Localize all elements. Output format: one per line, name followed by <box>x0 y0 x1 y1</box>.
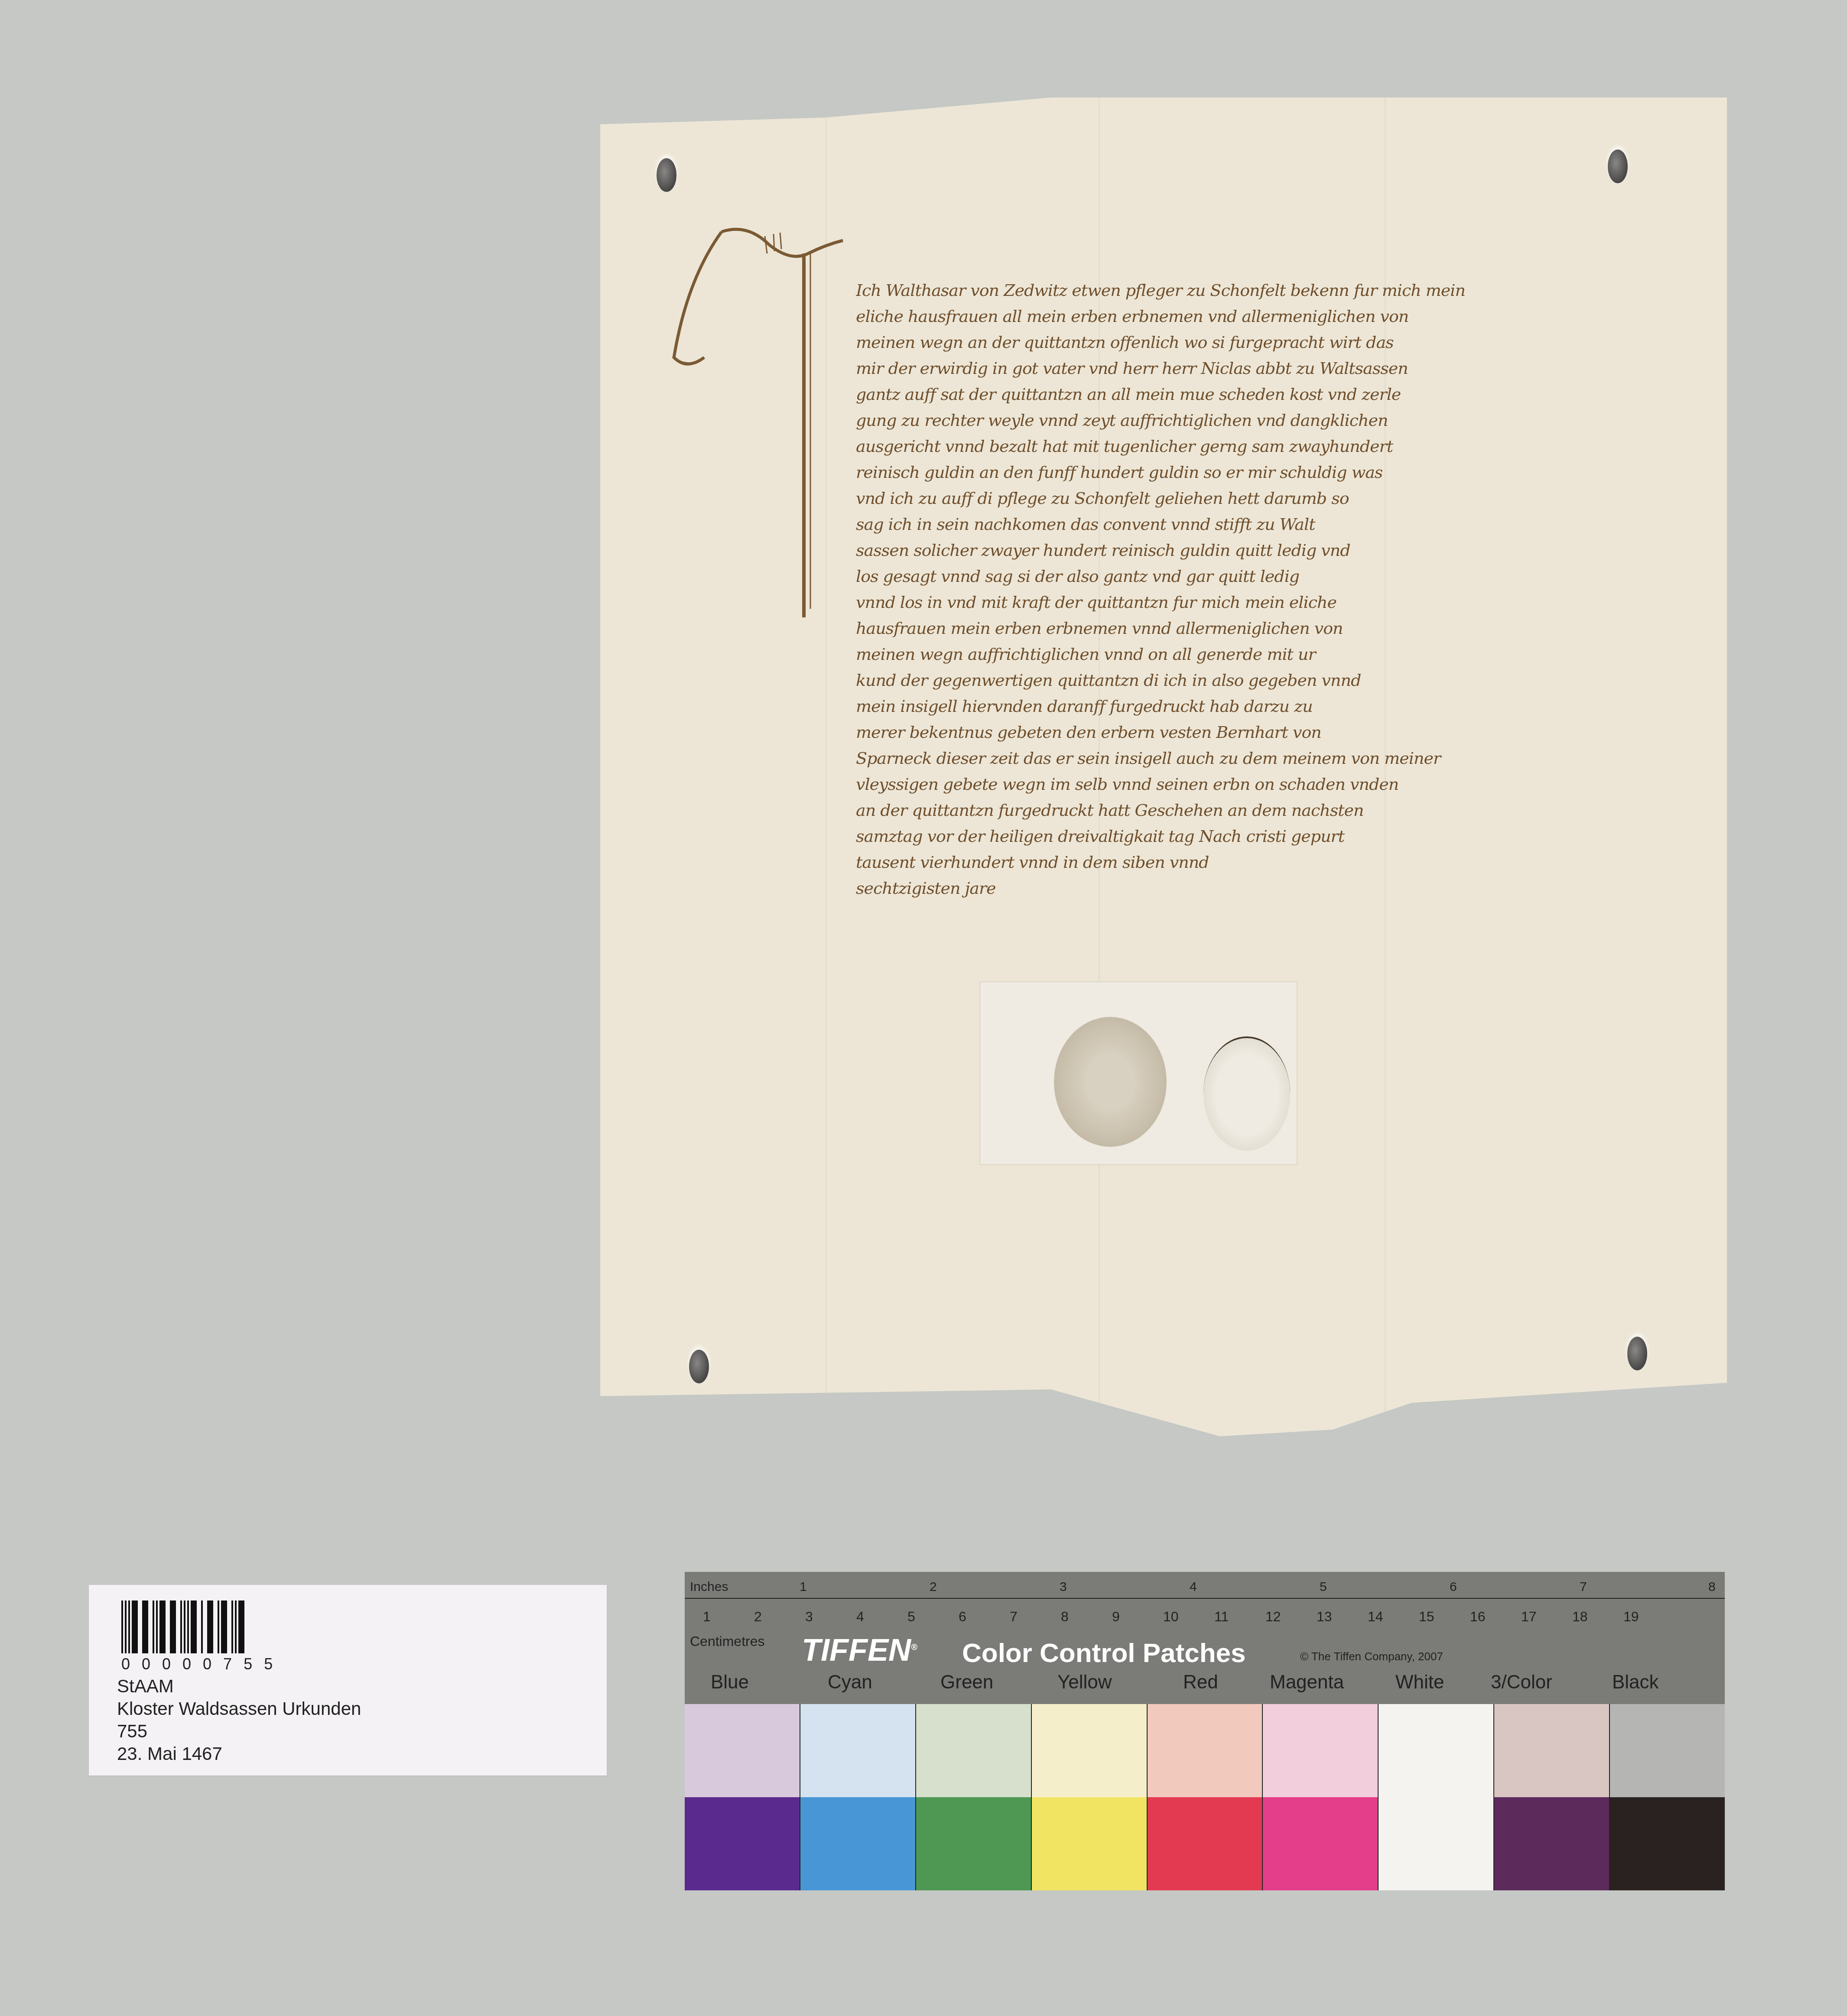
patch-label: Yellow <box>1057 1672 1112 1693</box>
registered-mark: ® <box>911 1643 917 1652</box>
text-line: gung zu rechter weyle vnnd zeyt auffrich… <box>856 407 1558 433</box>
patch-magenta <box>1263 1704 1379 1890</box>
chart-title: Color Control Patches <box>962 1638 1246 1669</box>
cm-tick: 12 <box>1265 1609 1281 1625</box>
text-line: hausfrauen mein erben erbnemen vnnd alle… <box>856 615 1558 641</box>
seal-strip <box>979 981 1297 1165</box>
punch-hole-top-left <box>657 158 676 192</box>
brand-name: TIFFEN <box>802 1633 911 1668</box>
seal-right-icon <box>1203 1036 1290 1151</box>
text-line: gantz auff sat der quittantzn an all mei… <box>856 381 1558 407</box>
text-line: samztag vor der heiligen dreivaltigkait … <box>856 823 1558 849</box>
archive-label-card: 00000755 StAAM Kloster Waldsassen Urkund… <box>89 1585 607 1776</box>
cm-tick: 19 <box>1623 1609 1639 1625</box>
text-line: los gesagt vnnd sag si der also gantz vn… <box>856 563 1558 589</box>
text-line: meinen wegn auffrichtiglichen vnnd on al… <box>856 641 1558 667</box>
patch-cyan <box>800 1704 916 1890</box>
label-institution: StAAM <box>117 1676 174 1697</box>
copyright: © The Tiffen Company, 2007 <box>1300 1650 1443 1663</box>
text-line: sechtzigisten jare <box>856 875 1558 901</box>
patch-label: Black <box>1612 1672 1659 1693</box>
cm-tick: 5 <box>907 1609 915 1625</box>
text-line: sag ich in sein nachkomen das convent vn… <box>856 511 1558 537</box>
cm-tick: 13 <box>1317 1609 1332 1625</box>
cm-tick: 17 <box>1521 1609 1537 1625</box>
text-line: mein insigell hiervnden daranff furgedru… <box>856 693 1558 719</box>
patch-label: Green <box>940 1672 993 1693</box>
ruler: Inches 1 2 3 4 5 6 7 8 1 2 3 4 5 6 7 8 9… <box>685 1572 1725 1704</box>
punch-hole-bottom-right <box>1627 1337 1647 1370</box>
cm-tick: 10 <box>1163 1609 1179 1625</box>
cm-tick: 3 <box>805 1609 813 1625</box>
text-line: an der quittantzn furgedruckt hatt Gesch… <box>856 797 1558 823</box>
inch-tick: 5 <box>1320 1580 1327 1594</box>
patch-yellow <box>1032 1704 1148 1890</box>
color-patches <box>685 1704 1725 1890</box>
patch-label: Cyan <box>828 1672 872 1693</box>
patch-label: 3/Color <box>1491 1672 1552 1693</box>
cm-tick: 8 <box>1061 1609 1069 1625</box>
cm-tick: 7 <box>1010 1609 1018 1625</box>
text-line: mir der erwirdig in got vater vnd herr h… <box>856 355 1558 381</box>
text-line: reinisch guldin an den funff hundert gul… <box>856 459 1558 485</box>
cm-tick: 18 <box>1572 1609 1588 1625</box>
ruler-inches-label: Inches <box>690 1580 728 1594</box>
charter-document: Ich Walthasar von Zedwitz etwen pfleger … <box>600 97 1727 1436</box>
label-date: 23. Mai 1467 <box>117 1743 222 1764</box>
patch-label: White <box>1395 1672 1444 1693</box>
text-line: Sparneck dieser zeit das er sein insigel… <box>856 745 1558 771</box>
patch-blue <box>685 1704 800 1890</box>
inch-tick: 7 <box>1580 1580 1587 1594</box>
patch-label: Magenta <box>1270 1672 1344 1693</box>
text-line: tausent vierhundert vnnd in dem siben vn… <box>856 849 1558 875</box>
inch-tick: 1 <box>800 1580 807 1594</box>
decorated-initial-icon <box>661 227 869 617</box>
inch-tick: 6 <box>1450 1580 1457 1594</box>
cm-tick: 9 <box>1112 1609 1120 1625</box>
patch-black <box>1610 1704 1725 1890</box>
text-line: kund der gegenwertigen quittantzn di ich… <box>856 667 1558 693</box>
patch-white <box>1379 1704 1494 1890</box>
text-line: ausgericht vnnd bezalt hat mit tugenlich… <box>856 433 1558 459</box>
charter-text: Ich Walthasar von Zedwitz etwen pfleger … <box>856 277 1558 901</box>
cm-tick: 15 <box>1419 1609 1434 1625</box>
text-line: Ich Walthasar von Zedwitz etwen pfleger … <box>856 277 1558 303</box>
text-line: vnd ich zu auff di pflege zu Schonfelt g… <box>856 485 1558 511</box>
inch-tick: 4 <box>1190 1580 1197 1594</box>
barcode-number: 00000755 <box>121 1655 284 1673</box>
text-line: meinen wegn an der quittantzn offenlich … <box>856 329 1558 355</box>
cm-tick: 1 <box>703 1609 711 1625</box>
inch-tick: 2 <box>930 1580 937 1594</box>
text-line: merer bekentnus gebeten den erbern veste… <box>856 719 1558 745</box>
patch-label: Blue <box>711 1672 749 1693</box>
text-line: sassen solicher zwayer hundert reinisch … <box>856 537 1558 563</box>
tiffen-color-chart: Inches 1 2 3 4 5 6 7 8 1 2 3 4 5 6 7 8 9… <box>685 1572 1725 1890</box>
cm-tick: 4 <box>856 1609 864 1625</box>
patch-red <box>1148 1704 1263 1890</box>
cm-tick: 16 <box>1470 1609 1486 1625</box>
patch-green <box>916 1704 1032 1890</box>
patch-3color <box>1494 1704 1610 1890</box>
tiffen-logo: TIFFEN® <box>802 1633 917 1668</box>
inch-tick: 3 <box>1060 1580 1067 1594</box>
text-line: vleyssigen gebete wegn im selb vnnd sein… <box>856 771 1558 797</box>
cm-tick: 2 <box>754 1609 762 1625</box>
text-line: vnnd los in vnd mit kraft der quittantzn… <box>856 589 1558 615</box>
punch-hole-top-right <box>1608 149 1628 183</box>
punch-hole-bottom-left <box>689 1350 709 1383</box>
cm-tick: 14 <box>1368 1609 1383 1625</box>
cm-tick: 11 <box>1214 1609 1229 1625</box>
seal-left-icon <box>1054 1017 1167 1147</box>
text-line: eliche hausfrauen all mein erben erbneme… <box>856 303 1558 329</box>
patch-label: Red <box>1183 1672 1218 1693</box>
inch-tick: 8 <box>1708 1580 1716 1594</box>
cm-tick: 6 <box>959 1609 966 1625</box>
ruler-cm-label: Centimetres <box>690 1633 765 1649</box>
barcode-icon <box>121 1600 244 1653</box>
label-number: 755 <box>117 1721 147 1742</box>
label-collection: Kloster Waldsassen Urkunden <box>117 1698 361 1719</box>
